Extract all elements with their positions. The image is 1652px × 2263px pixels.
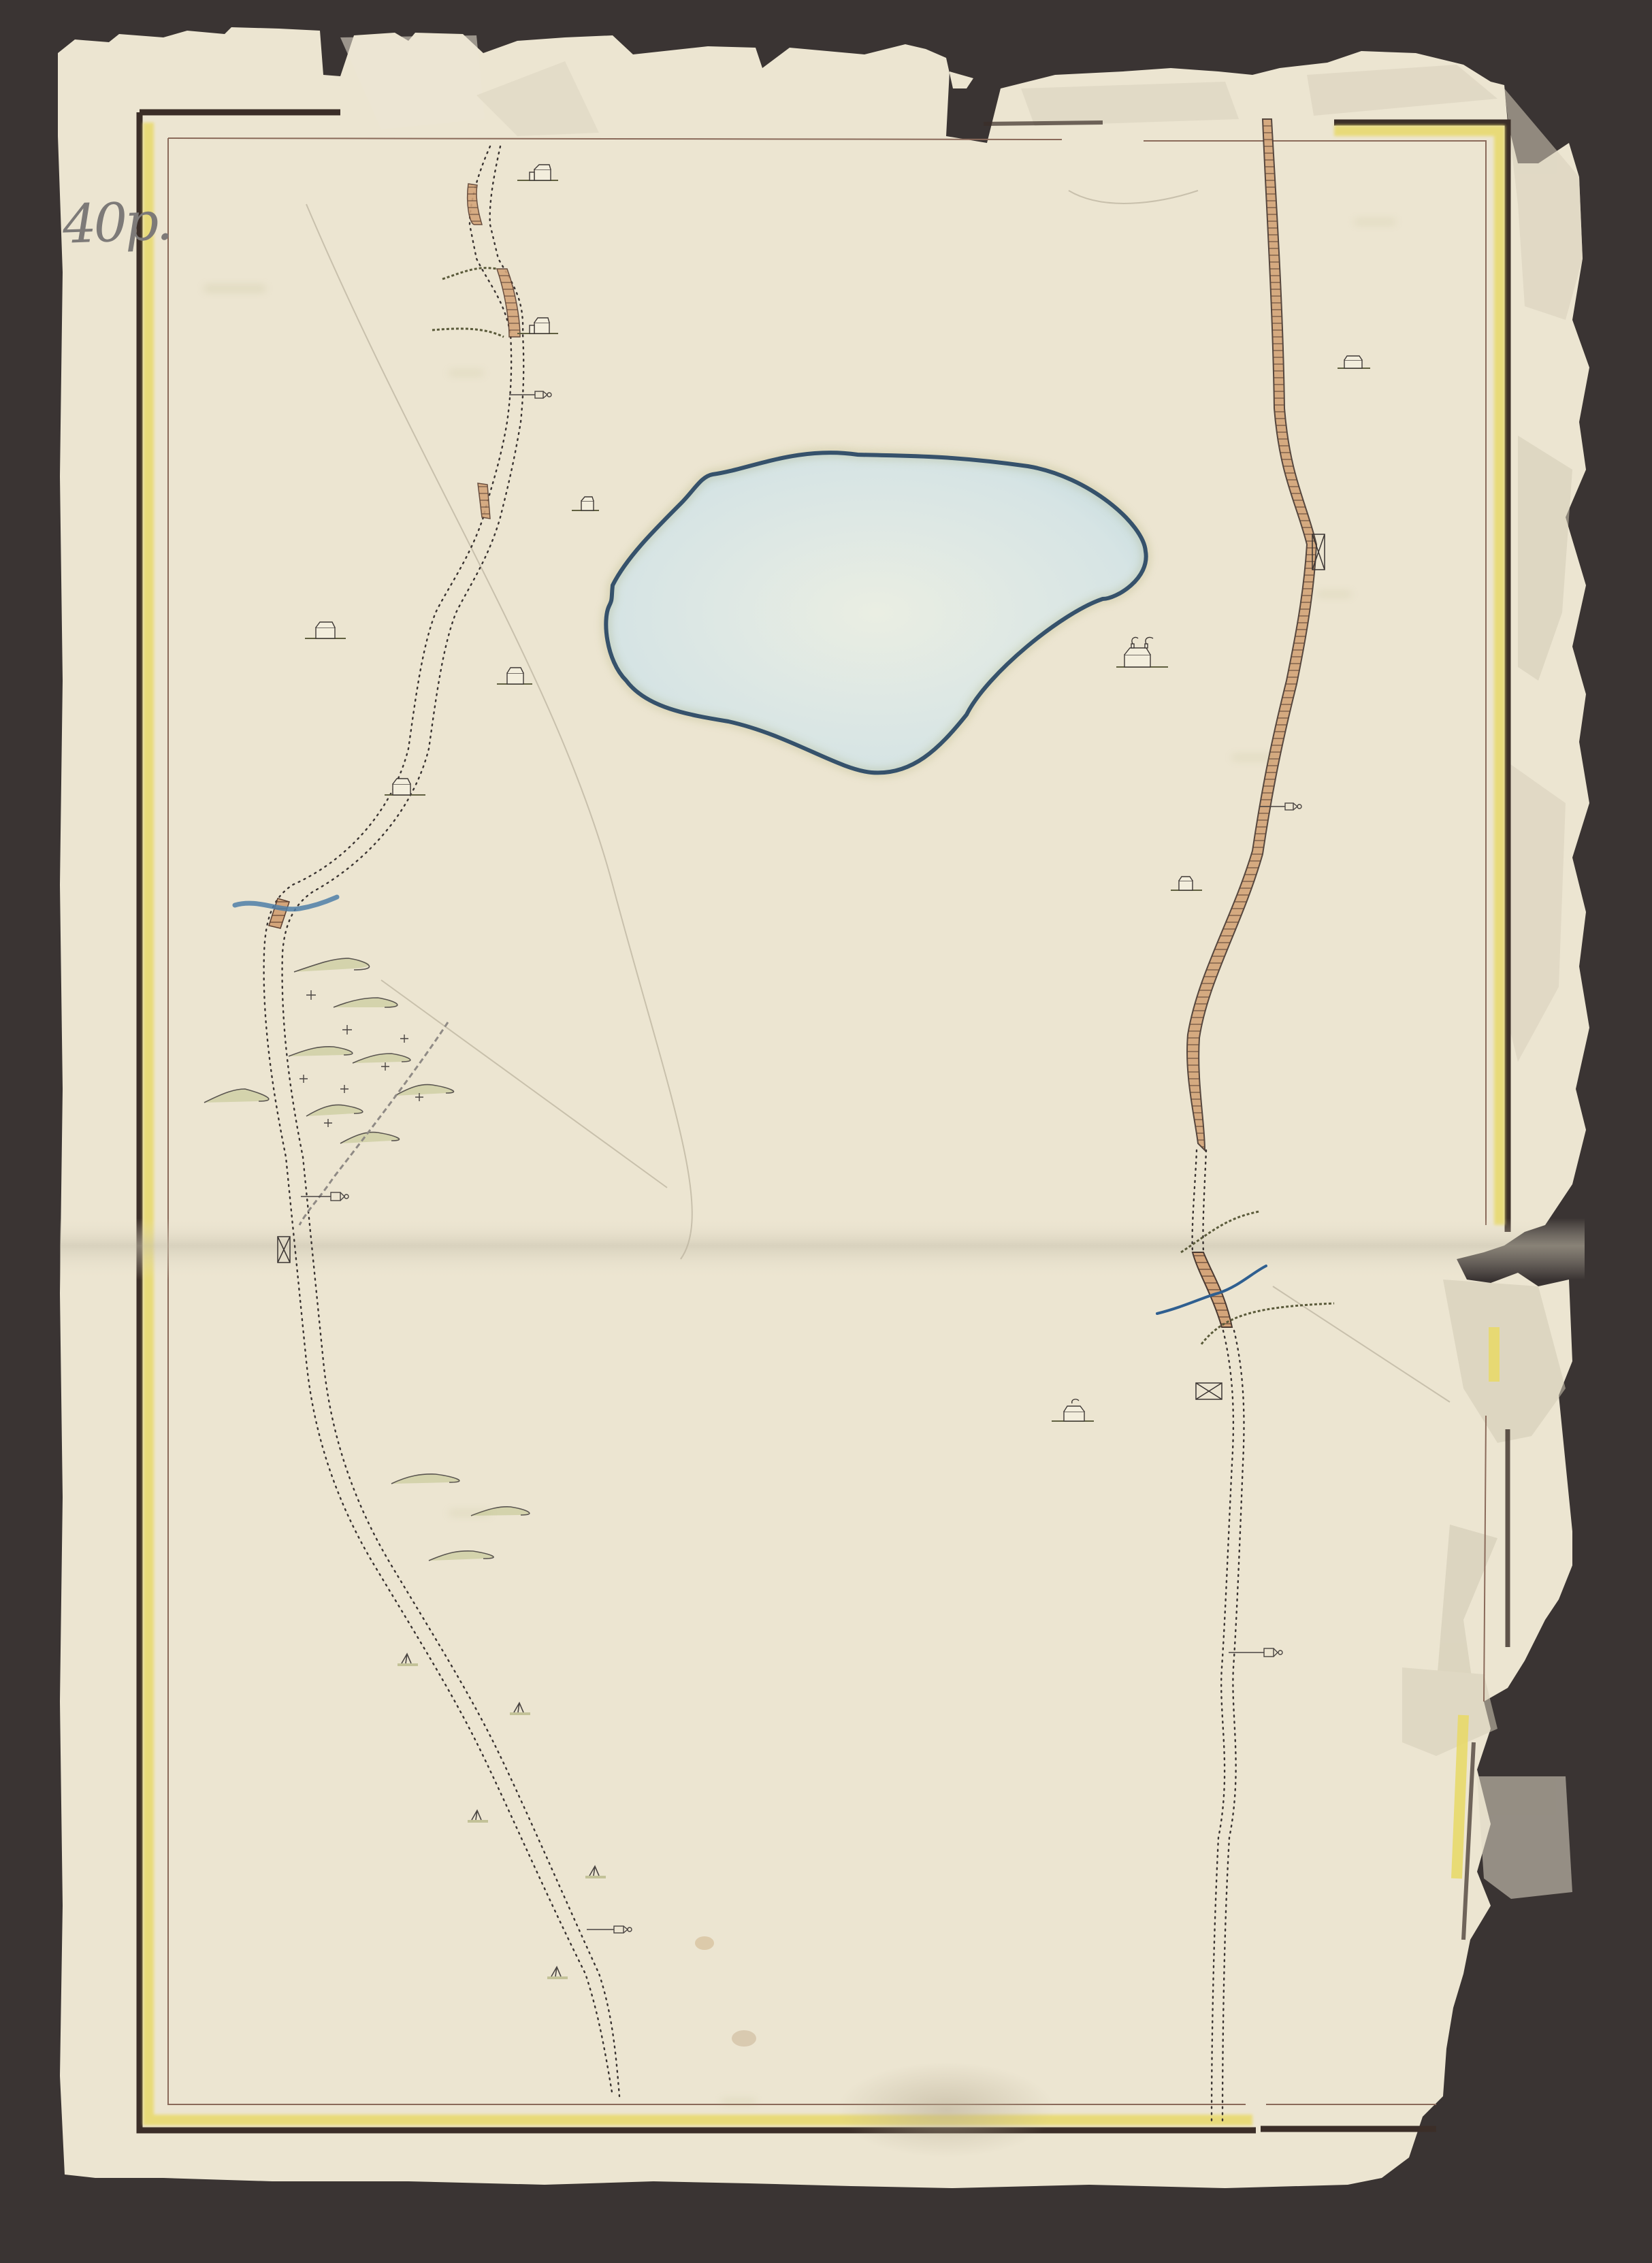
- pencil-annotation: 40p.: [61, 191, 171, 255]
- map-sheet: 40p.: [0, 0, 1652, 2263]
- water-stain: [695, 1936, 714, 1950]
- water-stain: [732, 2030, 756, 2047]
- fold-crease: [60, 1218, 1585, 1280]
- paper-sheet: [58, 27, 1589, 2188]
- water-stain: [837, 2062, 1055, 2158]
